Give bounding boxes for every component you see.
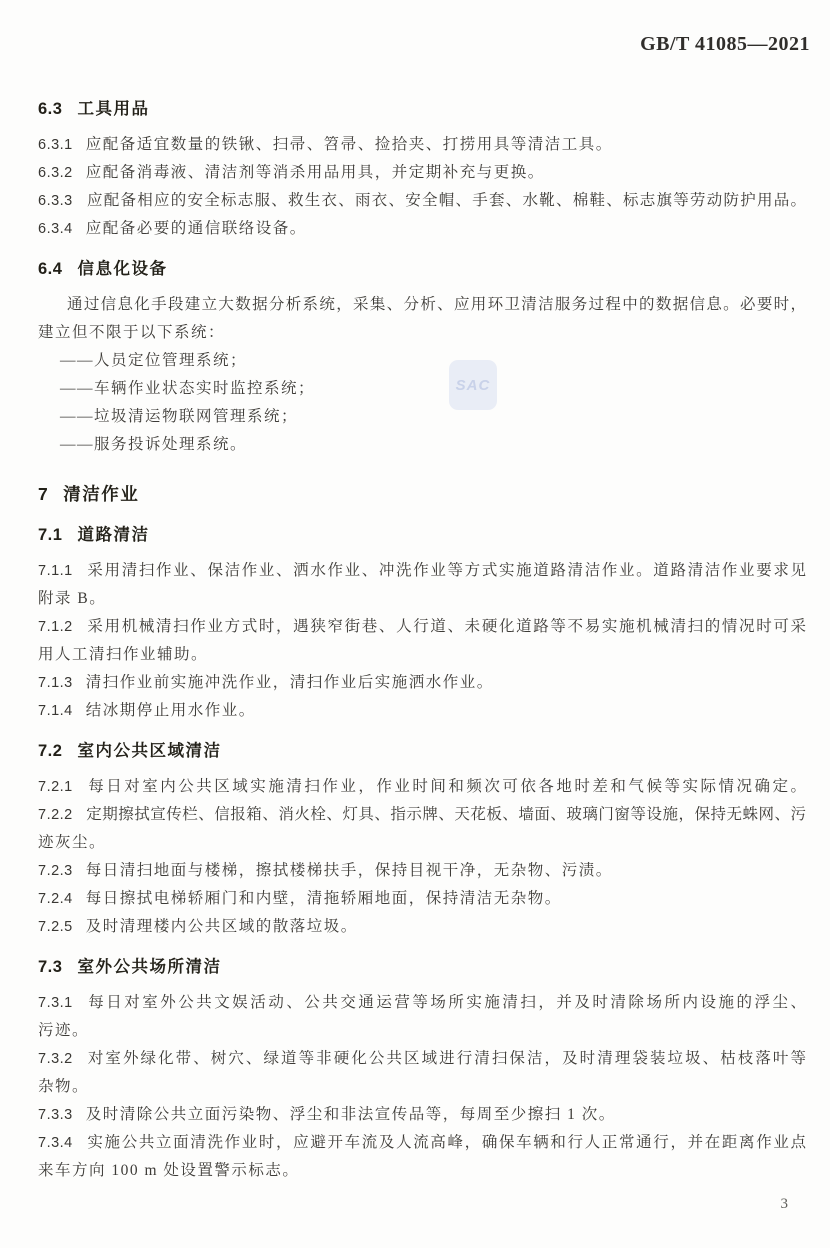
clause-number: 6.3.3 (38, 193, 73, 209)
section-title: 信息化设备 (77, 260, 167, 278)
section-number: 7.1 (38, 526, 62, 544)
section-number: 7.2 (38, 742, 62, 760)
clause-number: 7.3.4 (38, 1135, 73, 1151)
chapter-number: 7 (38, 484, 48, 504)
section-number: 6.4 (38, 260, 62, 278)
clause-number: 7.3.2 (38, 1051, 73, 1067)
clause-number: 7.2.1 (38, 779, 73, 795)
clause-7.3.1-cont: 污迹。 (38, 1017, 806, 1045)
clause-7.1.4: 7.1.4结冰期停止用水作业。 (38, 697, 806, 725)
section-title: 室外公共场所清洁 (77, 958, 221, 976)
clause-number: 7.3.1 (38, 995, 73, 1011)
clause-6.3.2: 6.3.2应配备消毒液、清洁剂等消杀用品用具，并定期补充与更换。 (38, 159, 806, 187)
clause-6.3.1: 6.3.1应配备适宜数量的铁锹、扫帚、笤帚、捡拾夹、打捞用具等清洁工具。 (38, 131, 806, 159)
clause-number: 7.1.3 (38, 675, 73, 691)
list-item-vehicle-system: ——车辆作业状态实时监控系统； (38, 375, 806, 403)
clause-7.2.3: 7.2.3每日清扫地面与楼梯，擦拭楼梯扶手，保持目视干净，无杂物、污渍。 (38, 857, 806, 885)
paragraph-6.4-line-1: 通过信息化手段建立大数据分析系统，采集、分析、应用环卫清洁服务过程中的数据信息。… (38, 291, 806, 319)
clause-7.2.2-cont: 迹灰尘。 (38, 829, 806, 857)
section-heading-6.4: 6.4信息化设备 (38, 255, 806, 283)
clause-7.1.3: 7.1.3清扫作业前实施冲洗作业，清扫作业后实施洒水作业。 (38, 669, 806, 697)
clause-text: 每日对室外公共文娱活动、公共交通运营等场所实施清扫，并及时清除场所内设施的浮尘、 (86, 994, 806, 1011)
page-number: 3 (781, 1196, 789, 1213)
clause-7.3.2: 7.3.2对室外绿化带、树穴、绿道等非硬化公共区域进行清扫保洁，及时清理袋装垃圾… (38, 1045, 806, 1073)
clause-7.3.4-cont: 来车方向 100 m 处设置警示标志。 (38, 1157, 806, 1185)
list-item-personnel-system: ——人员定位管理系统； (38, 347, 806, 375)
list-item-garbage-iot-system: ——垃圾清运物联网管理系统； (38, 403, 806, 431)
clause-text: 应配备相应的安全标志服、救生衣、雨衣、安全帽、手套、水靴、棉鞋、标志旗等劳动防护… (86, 192, 806, 209)
clause-number: 6.3.2 (38, 165, 73, 181)
clause-text: 清扫作业前实施冲洗作业，清扫作业后实施洒水作业。 (86, 674, 494, 691)
clause-7.3.2-cont: 杂物。 (38, 1073, 806, 1101)
clause-number: 7.2.5 (38, 919, 73, 935)
list-item-complaint-system: ——服务投诉处理系统。 (38, 431, 806, 459)
clause-6.3.3: 6.3.3应配备相应的安全标志服、救生衣、雨衣、安全帽、手套、水靴、棉鞋、标志旗… (38, 187, 806, 215)
chapter-heading-7: 7清洁作业 (38, 479, 806, 509)
clause-number: 7.1.2 (38, 619, 73, 635)
clause-7.2.2: 7.2.2定期擦拭宣传栏、信报箱、消火栓、灯具、指示牌、天花板、墙面、玻璃门窗等… (38, 801, 806, 829)
clause-text: 应配备消毒液、清洁剂等消杀用品用具，并定期补充与更换。 (86, 164, 545, 181)
section-number: 7.3 (38, 958, 62, 976)
clause-text: 定期擦拭宣传栏、信报箱、消火栓、灯具、指示牌、天花板、墙面、玻璃门窗等设施，保持… (86, 806, 806, 823)
clause-number: 7.2.4 (38, 891, 73, 907)
section-heading-7.2: 7.2室内公共区域清洁 (38, 737, 806, 765)
section-heading-6.3: 6.3工具用品 (38, 95, 806, 123)
clause-number: 7.3.3 (38, 1107, 73, 1123)
clause-text: 应配备必要的通信联络设备。 (86, 220, 307, 237)
clause-number: 6.3.4 (38, 221, 73, 237)
document-body: 6.3工具用品 6.3.1应配备适宜数量的铁锹、扫帚、笤帚、捡拾夹、打捞用具等清… (38, 58, 806, 1185)
clause-7.3.4: 7.3.4实施公共立面清洗作业时，应避开车流及人流高峰，确保车辆和行人正常通行，… (38, 1129, 806, 1157)
clause-6.3.4: 6.3.4应配备必要的通信联络设备。 (38, 215, 806, 243)
clause-number: 7.1.4 (38, 703, 73, 719)
clause-number: 7.1.1 (38, 563, 73, 579)
clause-number: 7.2.2 (38, 807, 73, 823)
clause-text: 实施公共立面清洗作业时，应避开车流及人流高峰，确保车辆和行人正常通行，并在距离作… (86, 1134, 806, 1151)
section-number: 6.3 (38, 100, 62, 118)
standard-code-header: GB/T 41085—2021 (0, 0, 830, 58)
clause-text: 每日对室内公共区域实施清扫作业，作业时间和频次可依各地时差和气候等实际情况确定。 (86, 778, 806, 795)
section-heading-7.3: 7.3室外公共场所清洁 (38, 953, 806, 981)
section-title: 工具用品 (77, 100, 149, 118)
clause-text: 每日清扫地面与楼梯，擦拭楼梯扶手，保持目视干净，无杂物、污渍。 (86, 862, 613, 879)
section-title: 室内公共区域清洁 (77, 742, 221, 760)
clause-text: 及时清除公共立面污染物、浮尘和非法宣传品等，每周至少擦扫 1 次。 (86, 1106, 616, 1123)
clause-text: 对室外绿化带、树穴、绿道等非硬化公共区域进行清扫保洁，及时清理袋装垃圾、枯枝落叶… (86, 1050, 806, 1067)
clause-text: 采用机械清扫作业方式时，遇狭窄街巷、人行道、未硬化道路等不易实施机械清扫的情况时… (86, 618, 806, 635)
section-title: 道路清洁 (77, 526, 149, 544)
clause-text: 及时清理楼内公共区域的散落垃圾。 (86, 918, 358, 935)
chapter-title: 清洁作业 (63, 484, 139, 504)
clause-7.3.3: 7.3.3及时清除公共立面污染物、浮尘和非法宣传品等，每周至少擦扫 1 次。 (38, 1101, 806, 1129)
clause-7.2.4: 7.2.4每日擦拭电梯轿厢门和内壁，清拖轿厢地面，保持清洁无杂物。 (38, 885, 806, 913)
clause-text: 采用清扫作业、保洁作业、洒水作业、冲洗作业等方式实施道路清洁作业。道路清洁作业要… (86, 562, 806, 579)
section-heading-7.1: 7.1道路清洁 (38, 521, 806, 549)
clause-text: 结冰期停止用水作业。 (86, 702, 256, 719)
clause-7.1.2-cont: 用人工清扫作业辅助。 (38, 641, 806, 669)
clause-text: 每日擦拭电梯轿厢门和内壁，清拖轿厢地面，保持清洁无杂物。 (86, 890, 562, 907)
clause-7.2.5: 7.2.5及时清理楼内公共区域的散落垃圾。 (38, 913, 806, 941)
paragraph-6.4-line-2: 建立但不限于以下系统： (38, 319, 806, 347)
clause-number: 6.3.1 (38, 137, 73, 153)
clause-text: 应配备适宜数量的铁锹、扫帚、笤帚、捡拾夹、打捞用具等清洁工具。 (86, 136, 613, 153)
clause-7.2.1: 7.2.1每日对室内公共区域实施清扫作业，作业时间和频次可依各地时差和气候等实际… (38, 773, 806, 801)
clause-7.1.1-cont: 附录 B。 (38, 585, 806, 613)
clause-number: 7.2.3 (38, 863, 73, 879)
clause-7.3.1: 7.3.1每日对室外公共文娱活动、公共交通运营等场所实施清扫，并及时清除场所内设… (38, 989, 806, 1017)
clause-7.1.1: 7.1.1采用清扫作业、保洁作业、洒水作业、冲洗作业等方式实施道路清洁作业。道路… (38, 557, 806, 585)
clause-7.1.2: 7.1.2采用机械清扫作业方式时，遇狭窄街巷、人行道、未硬化道路等不易实施机械清… (38, 613, 806, 641)
